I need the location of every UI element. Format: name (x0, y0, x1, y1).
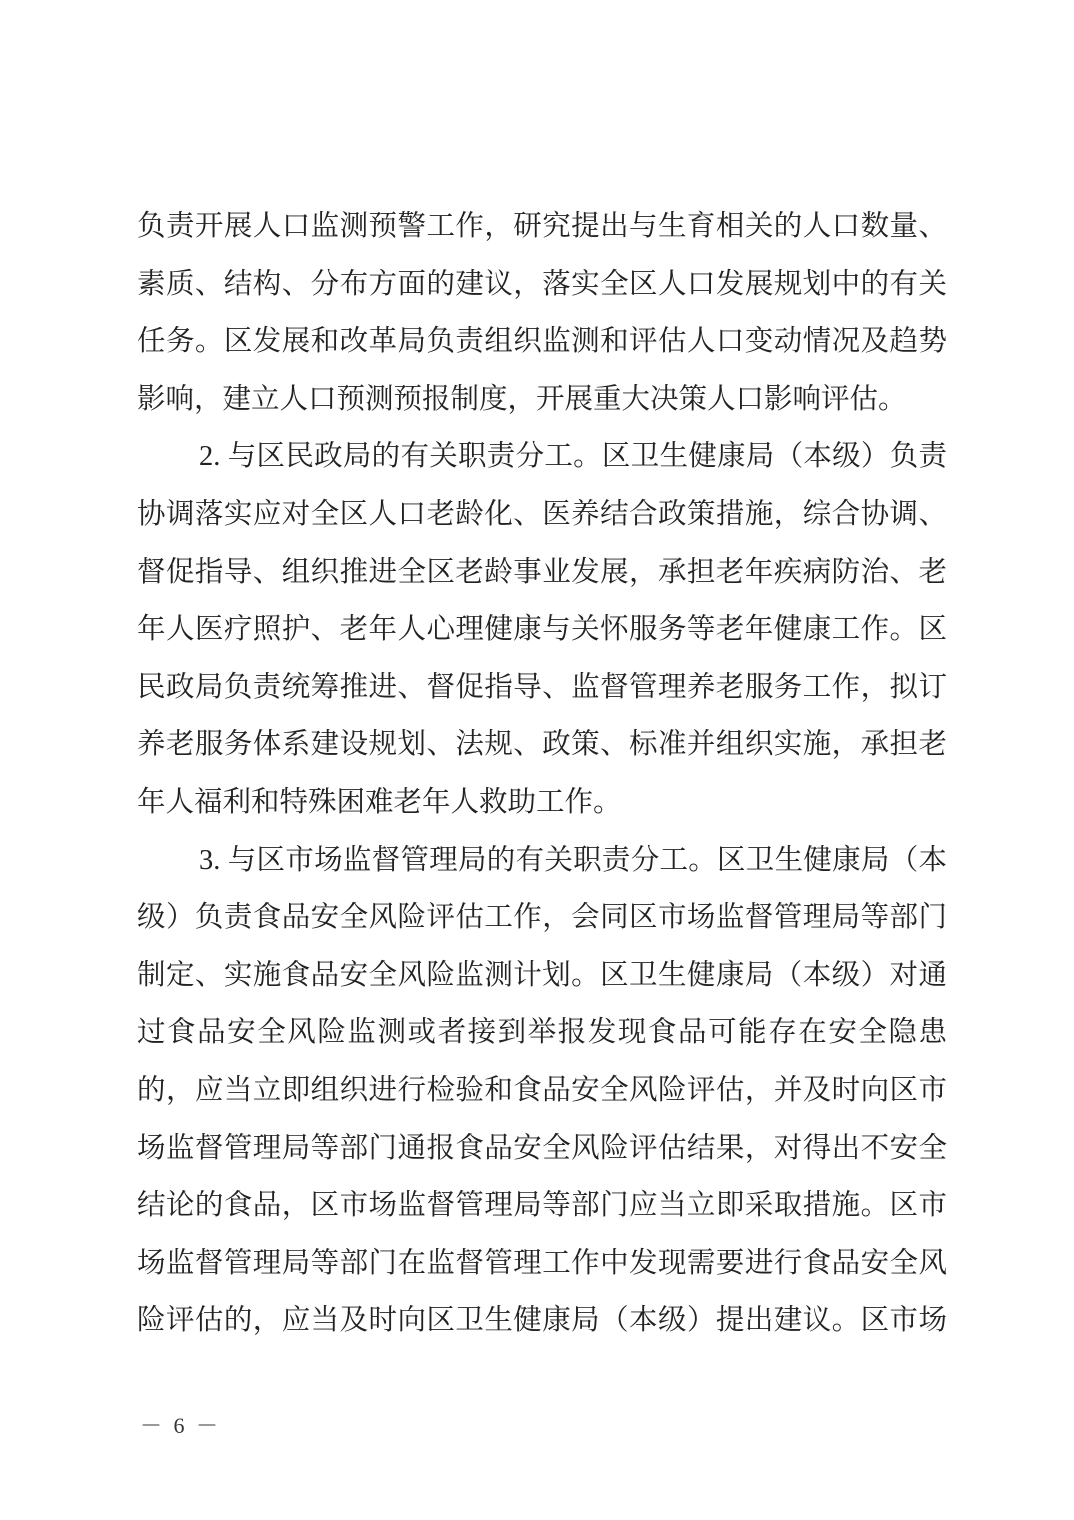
text-line: 险评估的，应当及时向区卫生健康局（本级）提出建议。区市场 (137, 1292, 947, 1350)
page-footer: － 6 － (140, 1406, 221, 1446)
paragraph-item-2: 2. 与区民政局的有关职责分工。区卫生健康局（本级）负责 协调落实应对全区人口老… (137, 428, 947, 831)
text-line: 制定、实施食品安全风险监测计划。区卫生健康局（本级）对通 (137, 947, 947, 1005)
text-line: 民政局负责统筹推进、督促指导、监督管理养老服务工作，拟订 (137, 659, 947, 717)
text-line: 场监督管理局等部门在监督管理工作中发现需要进行食品安全风 (137, 1235, 947, 1293)
document-page: 负责开展人口监测预警工作，研究提出与生育相关的人口数量、 素质、结构、分布方面的… (0, 0, 1074, 1520)
text-line: 的，应当立即组织进行检验和食品安全风险评估，并及时向区市 (137, 1062, 947, 1120)
text-line: 年人医疗照护、老年人心理健康与关怀服务等老年健康工作。区 (137, 601, 947, 659)
paragraph-continuation: 负责开展人口监测预警工作，研究提出与生育相关的人口数量、 素质、结构、分布方面的… (137, 198, 947, 428)
text-line: 养老服务体系建设规划、法规、政策、标准并组织实施，承担老 (137, 716, 947, 774)
text-line: 负责开展人口监测预警工作，研究提出与生育相关的人口数量、 (137, 198, 947, 256)
text-line: 督促指导、组织推进全区老龄事业发展，承担老年疾病防治、老 (137, 544, 947, 602)
page-number: － 6 － (140, 1413, 221, 1438)
text-line: 协调落实应对全区人口老龄化、医养结合政策措施，综合协调、 (137, 486, 947, 544)
text-line: 结论的食品，区市场监督管理局等部门应当立即采取措施。区市 (137, 1177, 947, 1235)
text-line: 级）负责食品安全风险评估工作，会同区市场监督管理局等部门 (137, 889, 947, 947)
text-line: 3. 与区市场监督管理局的有关职责分工。区卫生健康局（本 (137, 832, 947, 890)
text-line: 过食品安全风险监测或者接到举报发现食品可能存在安全隐患 (137, 1004, 947, 1062)
text-line: 任务。区发展和改革局负责组织监测和评估人口变动情况及趋势 (137, 313, 947, 371)
text-line: 年人福利和特殊困难老年人救助工作。 (137, 774, 947, 832)
text-line: 素质、结构、分布方面的建议，落实全区人口发展规划中的有关 (137, 256, 947, 314)
text-line: 场监督管理局等部门通报食品安全风险评估结果，对得出不安全 (137, 1120, 947, 1178)
text-line: 影响，建立人口预测预报制度，开展重大决策人口影响评估。 (137, 371, 947, 429)
paragraph-item-3: 3. 与区市场监督管理局的有关职责分工。区卫生健康局（本 级）负责食品安全风险评… (137, 832, 947, 1350)
document-body: 负责开展人口监测预警工作，研究提出与生育相关的人口数量、 素质、结构、分布方面的… (137, 198, 947, 1350)
text-line: 2. 与区民政局的有关职责分工。区卫生健康局（本级）负责 (137, 428, 947, 486)
